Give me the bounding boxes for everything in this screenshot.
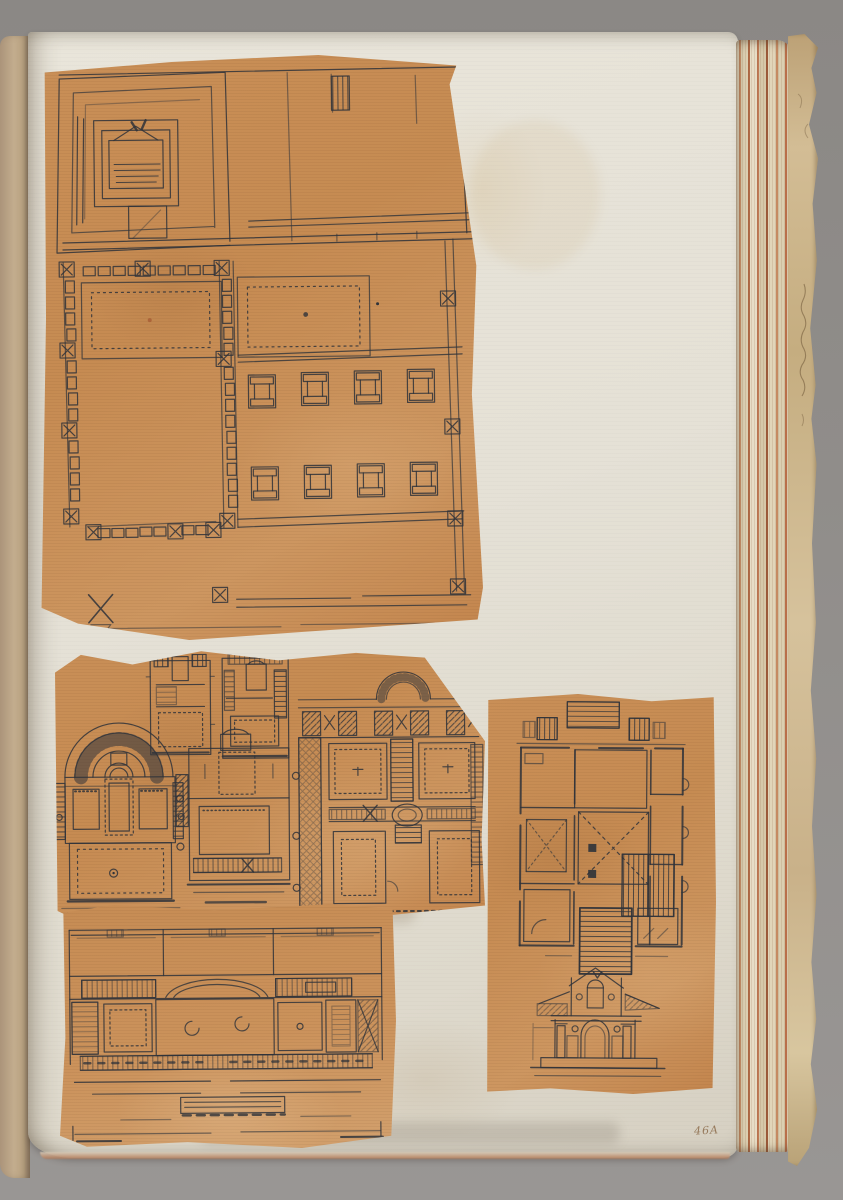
cover-inscription-mark (788, 34, 818, 1166)
album-photograph: 46A (0, 0, 843, 1200)
sketch-sheet-2 (55, 648, 485, 922)
sheet-1-sketch (38, 55, 483, 640)
sketch-sheet-3 (60, 903, 396, 1148)
parchment-cover-edge (788, 34, 818, 1166)
sketch-sheet-1 (38, 55, 483, 640)
folio-number: 46A (694, 1123, 720, 1137)
page-bottom-edge (40, 1152, 730, 1159)
book-fore-edge (736, 40, 794, 1152)
sheet-4-sketch (486, 694, 716, 1094)
sheet-2-sketch (55, 648, 485, 922)
previous-page-edge (0, 36, 30, 1178)
damp-stain (470, 120, 600, 270)
sheet-3-sketch (60, 903, 396, 1148)
sketch-sheet-4 (486, 694, 716, 1094)
